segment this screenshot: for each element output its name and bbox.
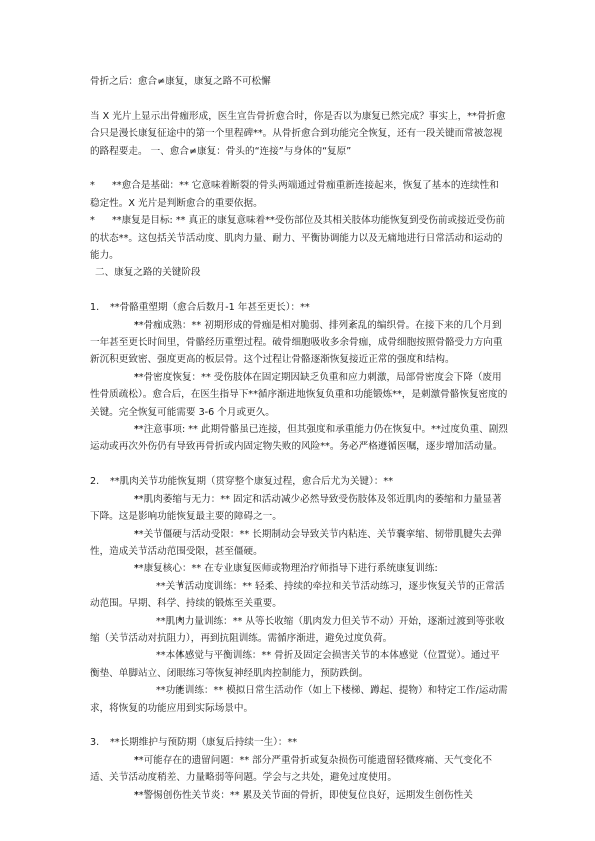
bullet-marker: *: [90, 177, 112, 194]
blank-line: [90, 717, 508, 734]
bullet-item: ***可能存在的遗留问题：** 部分严重骨折或复杂损伤可能遗留轻微疼痛、天气变化…: [90, 752, 508, 787]
stage-title: **骨骼重塑期（愈合后数月-1 年甚至更长）：**: [110, 302, 310, 313]
bullet-marker: *: [112, 787, 134, 804]
bullet-text: **康复核心：** 在专业康复医师或物理治疗师指导下进行系统康复训练:: [134, 563, 438, 574]
sub-bullet-item: ***肌肉力量训练：** 从等长收缩（肌肉发力但关节不动）开始，逐渐过渡到等张收…: [90, 613, 508, 648]
bullet-marker: *: [134, 578, 156, 595]
bullet-marker: *: [112, 369, 134, 386]
section-heading: 二、康复之路的关键阶段: [90, 264, 508, 281]
bullet-item: ***注意事项: ** 此期骨骼虽已连接，但其强度和承重能力仍在恢复中。**过度…: [90, 421, 508, 456]
bullet-marker: *: [112, 421, 134, 438]
blank-line: [90, 282, 508, 299]
intro-paragraph: 当 X 光片上显示出骨痂形成，医生宣告骨折愈合时，你是否以为康复已然完成？事实上…: [90, 108, 508, 160]
sub-bullet-item: ***本体感觉与平衡训练：** 骨折及固定会损害关节的本体感觉（位置觉）。通过平…: [90, 647, 508, 682]
bullet-text: **肌肉萎缩与无力：** 固定和活动减少必然导致受伤肢体及邻近肌肉的萎缩和力量显…: [90, 494, 502, 522]
bullet-text: **可能存在的遗留问题：** 部分严重骨折或复杂损伤可能遗留轻微疼痛、天气变化不…: [90, 755, 492, 783]
stage-number: 1.: [90, 299, 110, 316]
stage-title: **肌肉关节功能恢复期（贯穿整个康复过程，愈合后尤为关键）：**: [110, 476, 393, 487]
bullet-item: ***警惕创伤性关节炎：** 累及关节面的骨折，即使复位良好，远期发生创伤性关: [90, 787, 508, 804]
bullet-text: **关节僵硬与活动受限：** 长期制动会导致关节内粘连、关节囊挛缩、韧带肌腱失去…: [90, 529, 502, 557]
stage-heading: 3.**长期维护与预防期（康复后持续一生）：**: [90, 734, 508, 751]
stage-heading: 1.**骨骼重塑期（愈合后数月-1 年甚至更长）：**: [90, 299, 508, 316]
sub-bullet-item: ***功能训练：** 模拟日常生活动作（如上下楼梯、蹲起、提物）和特定工作/运动…: [90, 682, 508, 717]
document-title: 骨折之后：愈合≠康复，康复之路不可松懈: [90, 73, 508, 90]
bullet-marker: *: [112, 491, 134, 508]
stage-number: 3.: [90, 734, 110, 751]
bullet-text: **骨密度恢复：** 受伤肢体在固定期因缺乏负重和应力刺激，局部骨密度会下降（废…: [90, 372, 507, 418]
bullet-item: ***愈合是基础：** 它意味着断裂的骨头两端通过骨痂重新连接起来，恢复了基本的…: [90, 177, 508, 212]
bullet-item: ***康复是目标: ** 真正的康复意味着**受伤部位及其相关肢体功能恢复到受伤…: [90, 212, 508, 264]
bullet-marker: *: [134, 613, 156, 630]
bullet-item: ***骨密度恢复：** 受伤肢体在固定期因缺乏负重和应力刺激，局部骨密度会下降（…: [90, 369, 508, 421]
bullet-item: ***关节僵硬与活动受限：** 长期制动会导致关节内粘连、关节囊挛缩、韧带肌腱失…: [90, 526, 508, 561]
bullet-item: ***肌肉萎缩与无力：** 固定和活动减少必然导致受伤肢体及邻近肌肉的萎缩和力量…: [90, 491, 508, 526]
bullet-marker: *: [134, 647, 156, 664]
bullet-item: ***骨痂成熟：** 初期形成的骨痂是相对脆弱、排列紊乱的编织骨。在接下来的几个…: [90, 317, 508, 369]
bullet-marker: *: [112, 317, 134, 334]
stage-number: 2.: [90, 473, 110, 490]
stage-title: **长期维护与预防期（康复后持续一生）：**: [110, 737, 297, 748]
bullet-marker: *: [90, 212, 112, 229]
blank-line: [90, 90, 508, 107]
bullet-marker: *: [112, 752, 134, 769]
bullet-marker: *: [112, 526, 134, 543]
blank-line: [90, 456, 508, 473]
sub-bullet-item: ***关节活动度训练：** 轻柔、持续的牵拉和关节活动练习，逐步恢复关节的正常活…: [90, 578, 508, 613]
bullet-text: **注意事项: ** 此期骨骼虽已连接，但其强度和承重能力仍在恢复中。**过度负…: [90, 424, 508, 452]
bullet-item: ***康复核心：** 在专业康复医师或物理治疗师指导下进行系统康复训练:: [90, 560, 508, 577]
bullet-text: **警惕创伤性关节炎：** 累及关节面的骨折，即使复位良好，远期发生创伤性关: [134, 790, 473, 801]
bullet-text: **愈合是基础：** 它意味着断裂的骨头两端通过骨痂重新连接起来，恢复了基本的连…: [90, 180, 499, 208]
bullet-text: **康复是目标: ** 真正的康复意味着**受伤部位及其相关肢体功能恢复到受伤前…: [90, 215, 505, 261]
blank-line: [90, 160, 508, 177]
bullet-text: **骨痂成熟：** 初期形成的骨痂是相对脆弱、排列紊乱的编织骨。在接下来的几个月…: [90, 320, 503, 366]
stage-heading: 2.**肌肉关节功能恢复期（贯穿整个康复过程，愈合后尤为关键）：**: [90, 473, 508, 490]
bullet-marker: *: [134, 682, 156, 699]
document-page: 骨折之后：愈合≠康复，康复之路不可松懈 当 X 光片上显示出骨痂形成，医生宣告骨…: [90, 73, 508, 804]
bullet-marker: *: [112, 560, 134, 577]
